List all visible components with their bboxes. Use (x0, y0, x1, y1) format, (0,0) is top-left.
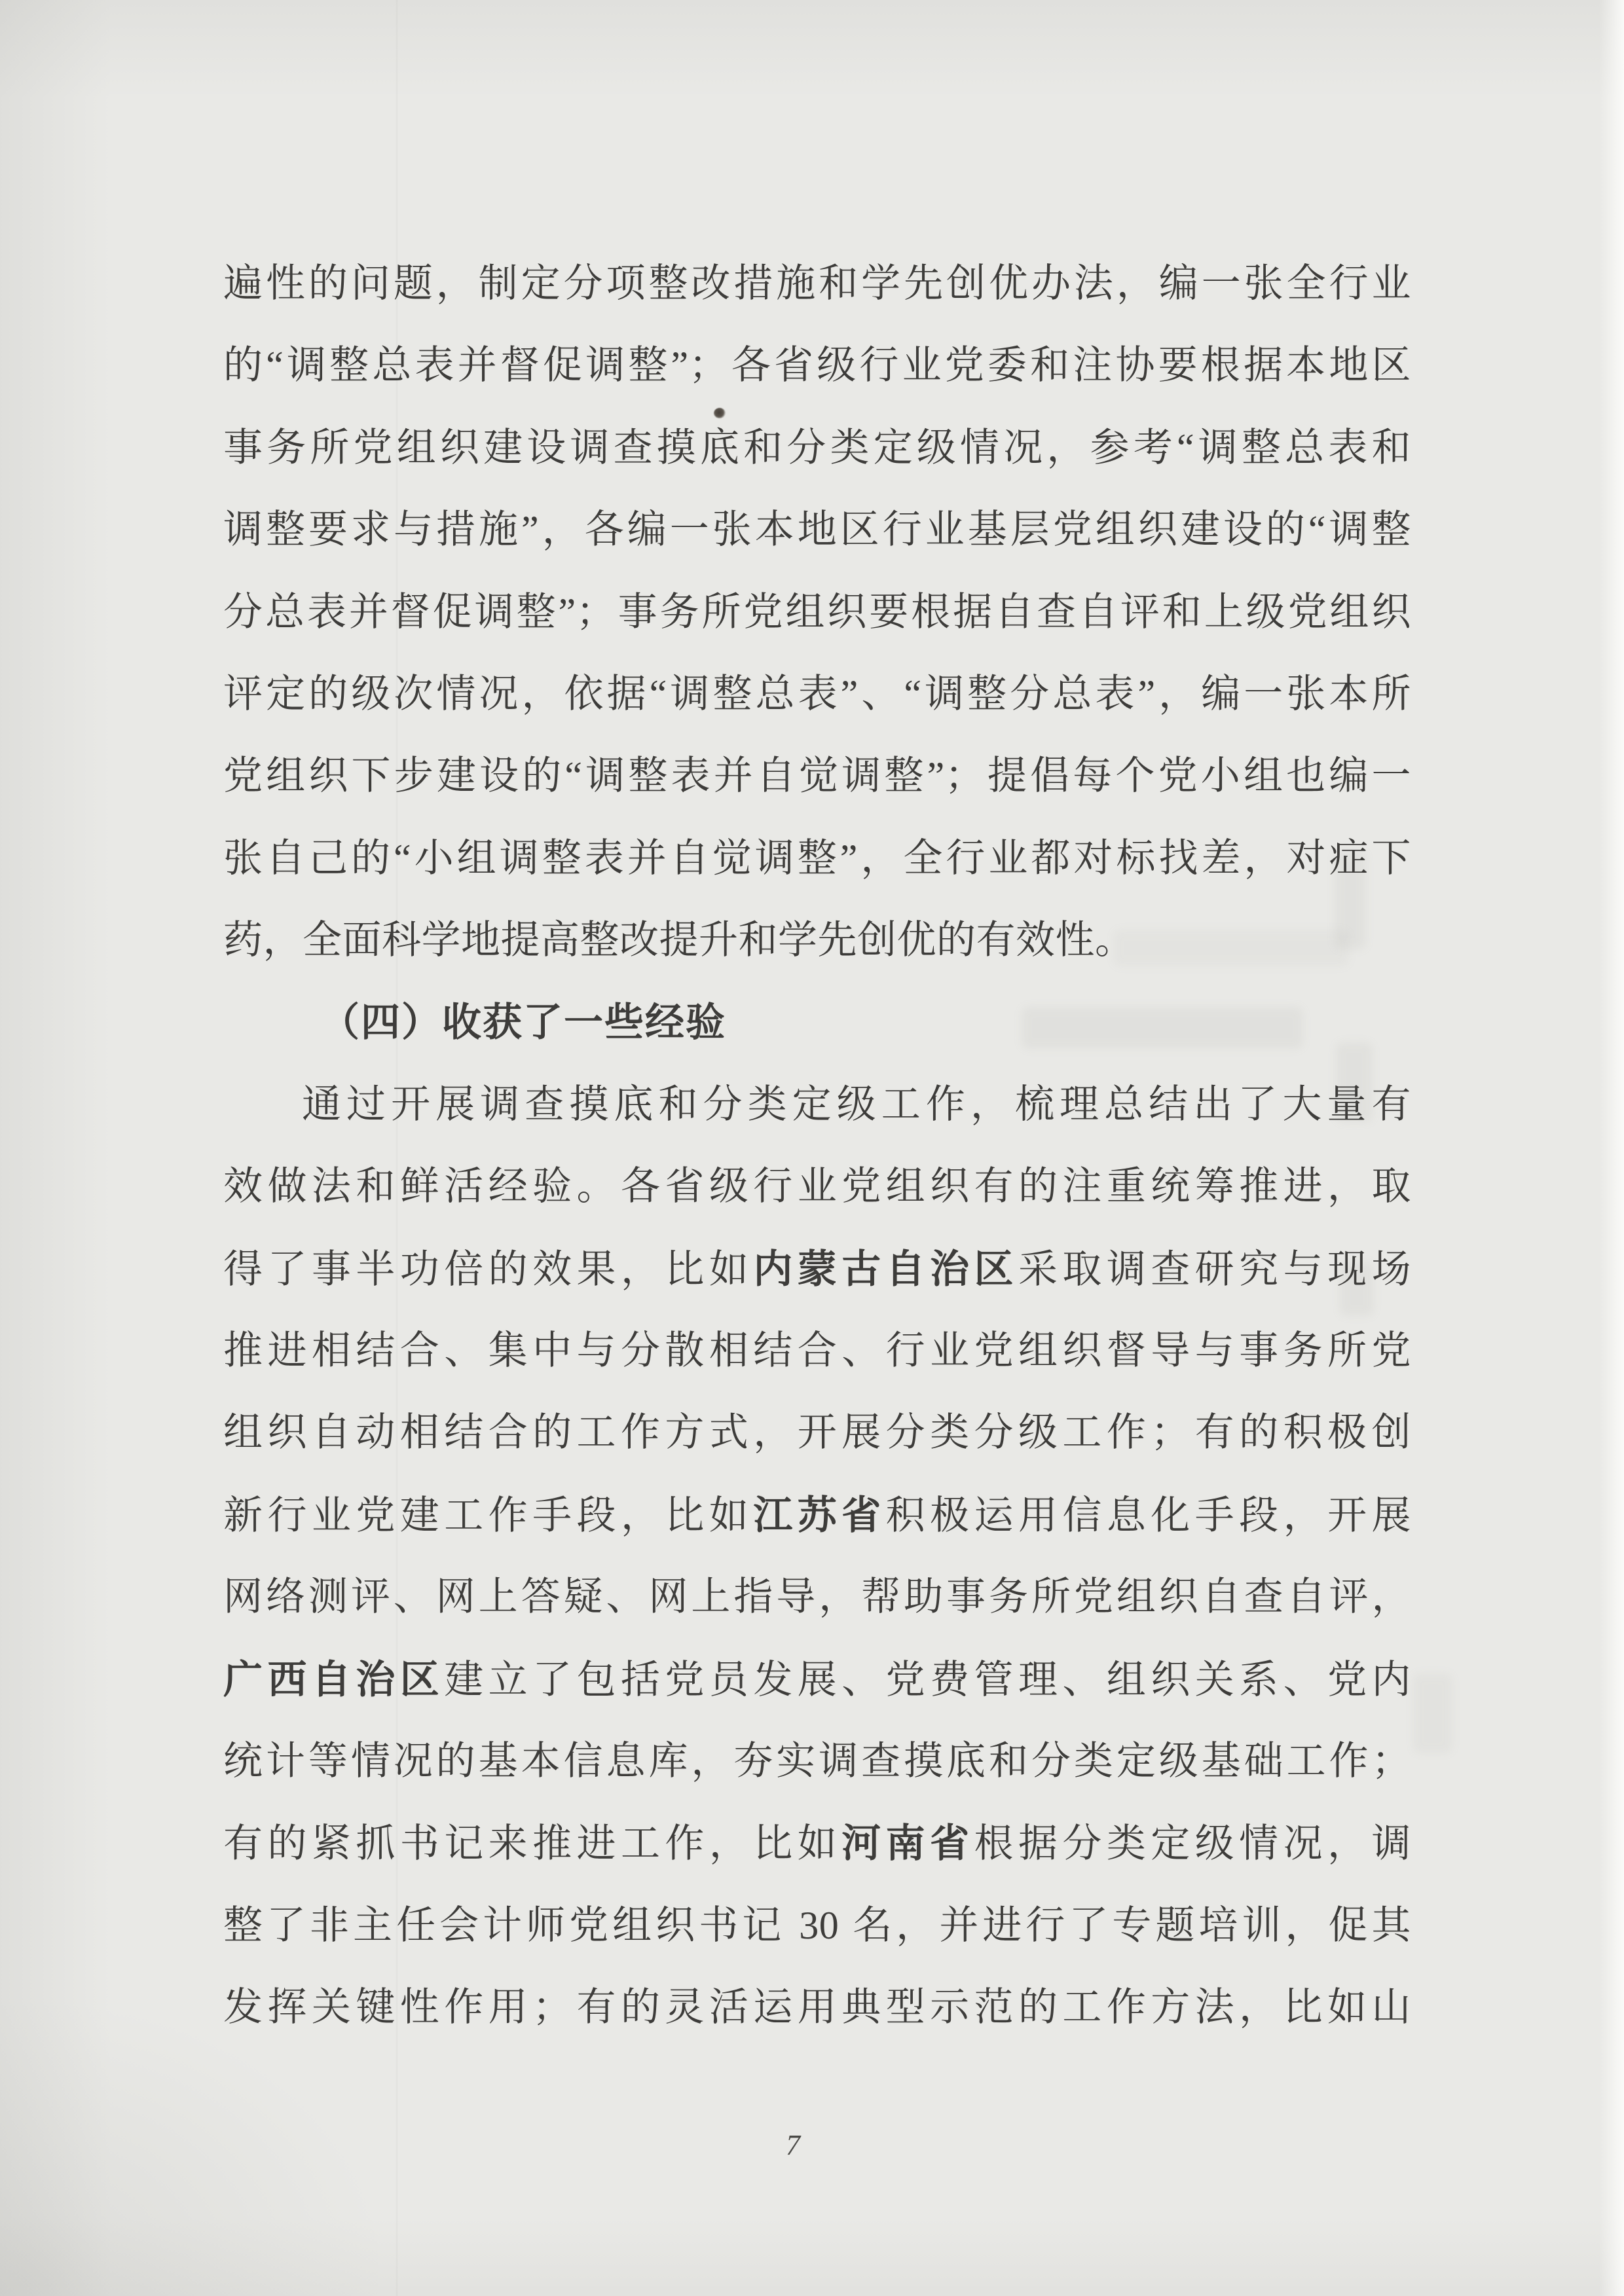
emphasized-region-name: 河南省 (841, 1821, 974, 1865)
text-line: 事务所党组织建设调查摸底和分类定级情况，参考“调整总表和 (223, 407, 1411, 489)
emphasized-region-name: 广西自治区 (223, 1658, 444, 1702)
text-line: 推进相结合、集中与分散相结合、行业党组织督导与事务所党 (223, 1310, 1411, 1392)
text-line: 组织自动相结合的工作方式，开展分类分级工作；有的积极创 (223, 1392, 1411, 1474)
paper-shading-bottom (0, 2217, 1624, 2296)
text-segment: 通过开展调查摸底和分类定级工作，梳理总结出了大量有 (302, 1083, 1411, 1126)
page-number: 7 (750, 2129, 836, 2162)
text-segment: 根据分类定级情况，调 (974, 1822, 1411, 1865)
text-line: 的“调整总表并督促调整”；各省级行业党委和注协要根据本地区 (223, 325, 1411, 407)
text-segment: 网络测评、网上答疑、网上指导，帮助事务所党组织自查自评， (223, 1575, 1411, 1618)
text-block: 遍性的问题，制定分项整改措施和学先创优办法，编一张全行业 的“调整总表并督促调整… (223, 243, 1411, 2049)
text-segment: 新行业党建工作手段，比如 (223, 1494, 753, 1537)
text-segment: 有的紧抓书记来推进工作，比如 (223, 1822, 841, 1865)
text-segment: 推进相结合、集中与分散相结合、行业党组织督导与事务所党 (223, 1329, 1411, 1372)
text-segment: 采取调查研究与现场 (1018, 1248, 1411, 1291)
text-line: 新行业党建工作手段，比如江苏省积极运用信息化手段，开展 (223, 1474, 1411, 1556)
text-line: 通过开展调查摸底和分类定级工作，梳理总结出了大量有 (223, 1064, 1411, 1146)
text-segment: 得了事半功倍的效果，比如 (223, 1248, 753, 1291)
text-segment: 统计等情况的基本信息库，夯实调查摸底和分类定级基础工作； (223, 1740, 1411, 1783)
text-line: 党组织下步建设的“调整表并自觉调整”；提倡每个党小组也编一 (223, 735, 1411, 817)
text-line: 效做法和鲜活经验。各省级行业党组织有的注重统筹推进，取 (223, 1146, 1411, 1228)
paper-shading-left (0, 0, 111, 2296)
text-segment: 积极运用信息化手段，开展 (886, 1494, 1411, 1537)
paper-shading-top (0, 0, 1624, 98)
bleed-through-artifact (1413, 1673, 1452, 1753)
text-segment: 建立了包括党员发展、党费管理、组织关系、党内 (444, 1658, 1411, 1702)
text-line: 广西自治区建立了包括党员发展、党费管理、组织关系、党内 (223, 1639, 1411, 1721)
section-heading: （四）收获了一些经验 (223, 982, 1411, 1064)
text-line: 遍性的问题，制定分项整改措施和学先创优办法，编一张全行业 (223, 243, 1411, 325)
paper-edge-highlight (1599, 0, 1624, 2296)
text-line: 发挥关键性作用；有的灵活运用典型示范的工作方法，比如山 (223, 1967, 1411, 2049)
text-line: 整了非主任会计师党组织书记 30 名，并进行了专题培训，促其 (223, 1885, 1411, 1967)
emphasized-region-name: 内蒙古自治区 (753, 1247, 1018, 1291)
text-line: 评定的级次情况，依据“调整总表”、“调整分总表”，编一张本所 (223, 653, 1411, 735)
text-line: 调整要求与措施”，各编一张本地区行业基层党组织建设的“调整 (223, 489, 1411, 571)
text-line: 药，全面科学地提高整改提升和学先创优的有效性。 (223, 900, 1411, 981)
text-segment: 组织自动相结合的工作方式，开展分类分级工作；有的积极创 (223, 1411, 1411, 1454)
text-segment: 整了非主任会计师党组织书记 30 名，并进行了专题培训，促其 (223, 1904, 1411, 1947)
text-segment: 效做法和鲜活经验。各省级行业党组织有的注重统筹推进，取 (223, 1165, 1411, 1208)
text-line: 分总表并督促调整”；事务所党组织要根据自查自评和上级党组织 (223, 572, 1411, 653)
emphasized-region-name: 江苏省 (753, 1493, 885, 1537)
text-line: 得了事半功倍的效果，比如内蒙古自治区采取调查研究与现场 (223, 1228, 1411, 1310)
text-line: 有的紧抓书记来推进工作，比如河南省根据分类定级情况，调 (223, 1802, 1411, 1884)
text-line: 张自己的“小组调整表并自觉调整”，全行业都对标找差，对症下 (223, 818, 1411, 900)
text-line: 网络测评、网上答疑、网上指导，帮助事务所党组织自查自评， (223, 1556, 1411, 1638)
text-line: 统计等情况的基本信息库，夯实调查摸底和分类定级基础工作； (223, 1721, 1411, 1802)
text-segment: 发挥关键性作用；有的灵活运用典型示范的工作方法，比如山 (223, 1986, 1411, 2029)
scanned-document-page: 遍性的问题，制定分项整改措施和学先创优办法，编一张全行业 的“调整总表并督促调整… (0, 0, 1624, 2296)
